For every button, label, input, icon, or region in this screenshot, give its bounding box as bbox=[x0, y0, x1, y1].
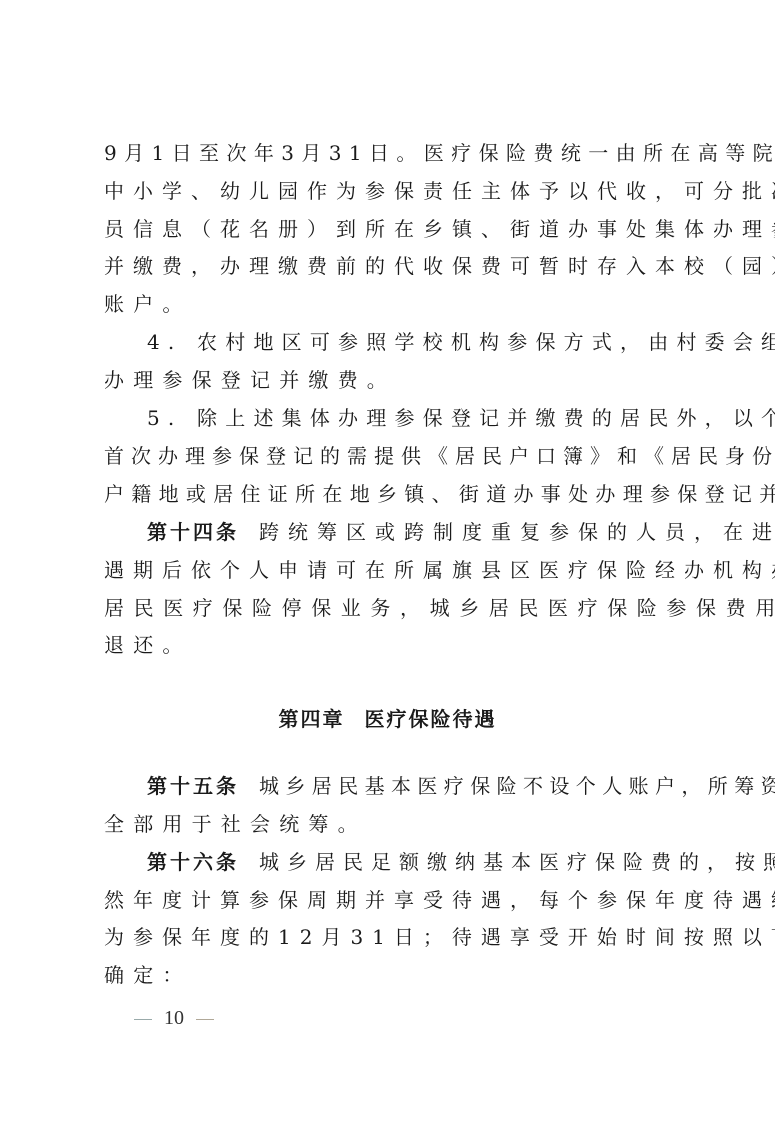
article-label: 第十五条 bbox=[147, 774, 239, 798]
paragraph-line: 首次办理参保登记的需提供《居民户口簿》和《居民身份证》到 bbox=[104, 444, 704, 468]
paragraph-line: 员信息（花名册）到所在乡镇、街道办事处集体办理参保登记 bbox=[104, 217, 704, 241]
article-text: 城乡居民基本医疗保险不设个人账户，所筹资金 bbox=[259, 774, 775, 798]
article-16: 第十六条城乡居民足额缴纳基本医疗保险费的，按照自 bbox=[147, 850, 747, 874]
paragraph-line: 并缴费，办理缴费前的代收保费可暂时存入本校（园）对公 bbox=[104, 254, 704, 278]
dash-left bbox=[134, 1019, 152, 1020]
article-label: 第十六条 bbox=[147, 850, 239, 874]
paragraph-line: 全部用于社会统筹。 bbox=[104, 812, 704, 836]
document-page: 9月1日至次年3月31日。医疗保险费统一由所在高等院校、 中小学、幼儿园作为参保… bbox=[0, 0, 775, 1128]
chapter-title: 医疗保险待遇 bbox=[365, 707, 497, 731]
paragraph-line: 退还。 bbox=[104, 633, 704, 657]
article-text: 城乡居民足额缴纳基本医疗保险费的，按照自 bbox=[259, 850, 775, 874]
paragraph-line: 户籍地或居住证所在地乡镇、街道办事处办理参保登记并缴费。 bbox=[104, 482, 704, 506]
paragraph-line: 居民医疗保险停保业务，城乡居民医疗保险参保费用不予 bbox=[104, 596, 704, 620]
dash-right bbox=[196, 1019, 214, 1020]
paragraph-line: 办理参保登记并缴费。 bbox=[104, 368, 704, 392]
paragraph-line: 账户。 bbox=[104, 292, 704, 316]
paragraph-line: 中小学、幼儿园作为参保责任主体予以代收，可分批次提供人 bbox=[104, 179, 704, 203]
paragraph-line: 然年度计算参保周期并享受待遇，每个参保年度待遇终止时间 bbox=[104, 888, 704, 912]
list-item-5: 5. 除上述集体办理参保登记并缴费的居民外，以个体形式 bbox=[147, 406, 747, 430]
page-number: 10 bbox=[122, 1006, 226, 1030]
article-label: 第十四条 bbox=[147, 520, 239, 544]
paragraph-line: 9月1日至次年3月31日。医疗保险费统一由所在高等院校、 bbox=[104, 141, 704, 165]
article-15: 第十五条城乡居民基本医疗保险不设个人账户，所筹资金 bbox=[147, 774, 747, 798]
paragraph-line: 确定： bbox=[104, 963, 704, 987]
chapter-heading: 第四章医疗保险待遇 bbox=[0, 707, 775, 731]
page-number-value: 10 bbox=[164, 1007, 184, 1029]
article-text: 跨统筹区或跨制度重复参保的人员，在进入待 bbox=[259, 520, 775, 544]
paragraph-line: 为参保年度的12月31日；待遇享受开始时间按照以下规定 bbox=[104, 925, 704, 949]
list-item-4: 4. 农村地区可参照学校机构参保方式，由村委会组织集体 bbox=[147, 330, 747, 354]
paragraph-line: 遇期后依个人申请可在所属旗县区医疗保险经办机构办理城乡 bbox=[104, 558, 704, 582]
chapter-number: 第四章 bbox=[279, 707, 345, 731]
article-14: 第十四条跨统筹区或跨制度重复参保的人员，在进入待 bbox=[147, 520, 747, 544]
